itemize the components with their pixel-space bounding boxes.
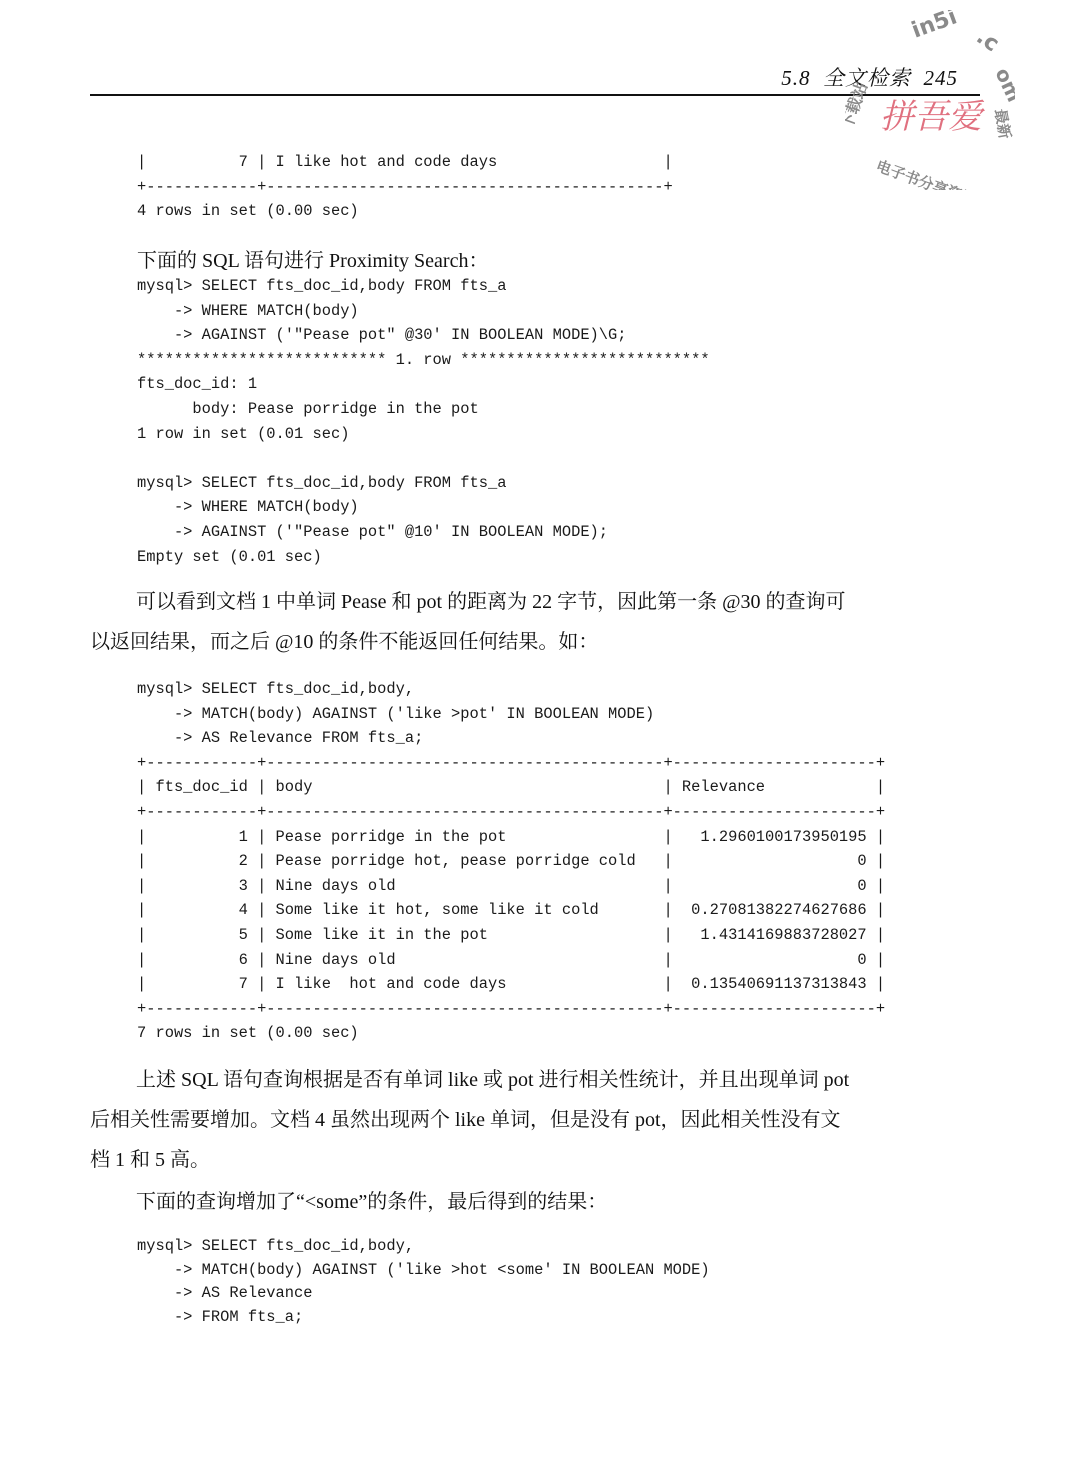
paragraph-line: 下面的查询增加了“<some”的条件，最后得到的结果： bbox=[136, 1191, 607, 1213]
code-line: +------------+--------------------------… bbox=[137, 178, 673, 196]
code-line: *************************** 1. row *****… bbox=[137, 351, 710, 369]
table-row: | 2 | Pease porridge hot, pease porridge… bbox=[137, 852, 885, 870]
svg-text:拼吾爱: 拼吾爱 bbox=[880, 97, 985, 137]
svg-text:om: om bbox=[990, 64, 1015, 105]
code-line: fts_doc_id: 1 bbox=[137, 375, 257, 393]
table-header-row: | fts_doc_id | body | Relevance | bbox=[137, 778, 885, 796]
code-line: -> FROM fts_a; bbox=[137, 1308, 303, 1326]
code-line: Empty set (0.01 sec) bbox=[137, 548, 322, 566]
table-row: | 5 | Some like it in the pot | 1.431416… bbox=[137, 926, 885, 944]
code-line: -> AGAINST ('"Pease pot" @10' IN BOOLEAN… bbox=[137, 523, 608, 541]
code-line: 1 row in set (0.01 sec) bbox=[137, 425, 349, 443]
table-row: | 4 | Some like it hot, some like it col… bbox=[137, 901, 885, 919]
code-line: mysql> SELECT fts_doc_id,body, bbox=[137, 680, 414, 698]
code-line: -> WHERE MATCH(body) bbox=[137, 498, 359, 516]
code-block-4: mysql> SELECT fts_doc_id,body, -> MATCH(… bbox=[137, 1235, 710, 1329]
svg-text:电子书分享资源: 电子书分享资源 bbox=[874, 157, 980, 190]
paragraph-1: 可以看到文档 1 中单词 Pease 和 pot 的距离为 22 字节，因此第一… bbox=[90, 582, 982, 662]
code-line: -> AS Relevance FROM fts_a; bbox=[137, 729, 423, 747]
code-block-3: mysql> SELECT fts_doc_id,body, -> MATCH(… bbox=[137, 677, 885, 1046]
code-block-2: mysql> SELECT fts_doc_id,body FROM fts_a… bbox=[137, 274, 710, 569]
table-border: +------------+--------------------------… bbox=[137, 803, 885, 821]
watermark-logo: in5i .c om 下载站 最新 电子书分享资源 拼吾爱 bbox=[845, 10, 1015, 190]
code-line: mysql> SELECT fts_doc_id,body, bbox=[137, 1237, 414, 1255]
code-line: | 7 | I like hot and code days | bbox=[137, 153, 673, 171]
page-header: 5.8 全文检索 245 bbox=[90, 60, 980, 96]
table-border: +------------+--------------------------… bbox=[137, 754, 885, 772]
svg-text:in5i: in5i bbox=[909, 10, 961, 44]
code-line: mysql> SELECT fts_doc_id,body FROM fts_a bbox=[137, 277, 506, 295]
table-row: | 3 | Nine days old | 0 | bbox=[137, 877, 885, 895]
svg-text:.c: .c bbox=[972, 24, 1004, 57]
code-line: -> AS Relevance bbox=[137, 1284, 312, 1302]
code-line: -> AGAINST ('"Pease pot" @30' IN BOOLEAN… bbox=[137, 326, 627, 344]
code-line: -> WHERE MATCH(body) bbox=[137, 302, 359, 320]
code-block-1: | 7 | I like hot and code days | +------… bbox=[137, 150, 673, 224]
code-line: -> MATCH(body) AGAINST ('like >hot <some… bbox=[137, 1261, 710, 1279]
paragraph-2: 上述 SQL 语句查询根据是否有单词 like 或 pot 进行相关性统计，并且… bbox=[90, 1060, 982, 1180]
paragraph-line: 上述 SQL 语句查询根据是否有单词 like 或 pot 进行相关性统计，并且… bbox=[136, 1069, 849, 1091]
paragraph-3: 下面的查询增加了“<some”的条件，最后得到的结果： bbox=[90, 1182, 982, 1222]
paragraph-line: 以返回结果，而之后 @10 的条件不能返回任何结果。如： bbox=[90, 631, 598, 653]
table-footer: 7 rows in set (0.00 sec) bbox=[137, 1024, 359, 1042]
running-head: 5.8 全文检索 245 bbox=[781, 62, 958, 92]
code-line: body: Pease porridge in the pot bbox=[137, 400, 479, 418]
svg-text:最新: 最新 bbox=[991, 108, 1014, 141]
table-row: | 1 | Pease porridge in the pot | 1.2960… bbox=[137, 828, 885, 846]
section-intro-proximity: 下面的 SQL 语句进行 Proximity Search： bbox=[137, 244, 488, 273]
paragraph-line: 后相关性需要增加。文档 4 虽然出现两个 like 单词，但是没有 pot，因此… bbox=[90, 1109, 841, 1131]
table-row: | 6 | Nine days old | 0 | bbox=[137, 951, 885, 969]
paragraph-line: 可以看到文档 1 中单词 Pease 和 pot 的距离为 22 字节，因此第一… bbox=[136, 591, 846, 613]
table-row: | 7 | I like hot and code days | 0.13540… bbox=[137, 975, 885, 993]
code-line: mysql> SELECT fts_doc_id,body FROM fts_a bbox=[137, 474, 506, 492]
paragraph-line: 档 1 和 5 高。 bbox=[90, 1149, 210, 1171]
code-line: 4 rows in set (0.00 sec) bbox=[137, 202, 359, 220]
table-border: +------------+--------------------------… bbox=[137, 1000, 885, 1018]
code-line: -> MATCH(body) AGAINST ('like >pot' IN B… bbox=[137, 705, 654, 723]
